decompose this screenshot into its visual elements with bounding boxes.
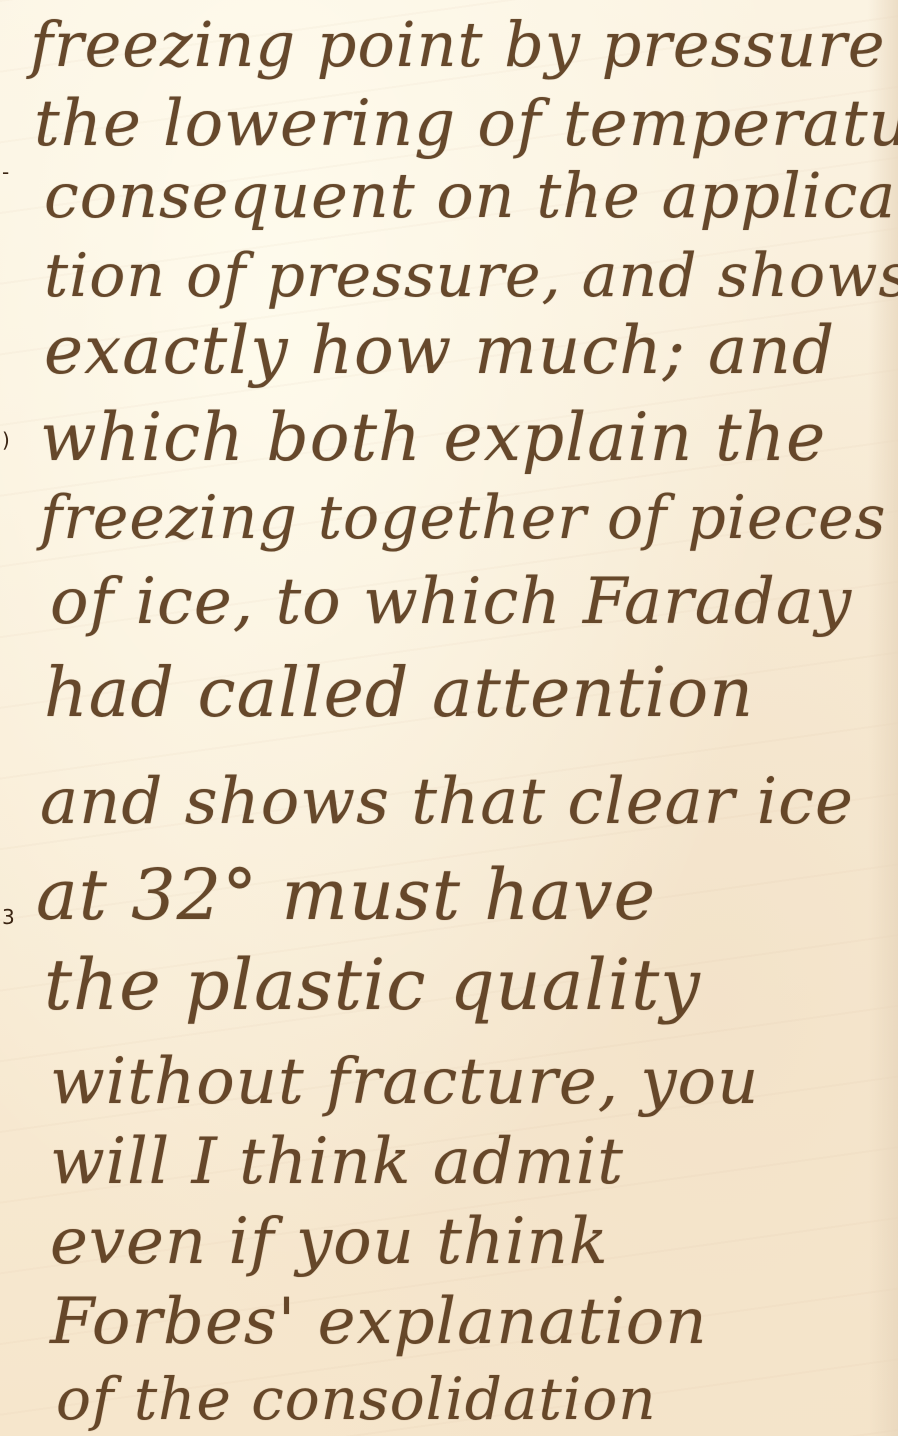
manuscript-line: of ice, to which Faraday (50, 570, 852, 634)
margin-mark: ) (2, 428, 10, 452)
manuscript-line: freezing together of pieces (40, 488, 886, 548)
manuscript-line: had called attention (44, 660, 754, 728)
manuscript-page: - ) 3 freezing point by pressure and the… (0, 0, 898, 1436)
margin-mark: 3 (2, 905, 15, 929)
manuscript-line: consequent on the applica- (44, 165, 898, 227)
manuscript-line: freezing point by pressure and (30, 14, 898, 76)
manuscript-line: at 32° must have (36, 860, 656, 930)
manuscript-line: will I think admit (50, 1130, 624, 1194)
manuscript-line: without fracture, you (50, 1050, 759, 1114)
manuscript-line: which both explain the (40, 405, 826, 471)
manuscript-line: of the consolidation (56, 1370, 657, 1428)
manuscript-line: exactly how much; and (44, 318, 835, 384)
manuscript-line: the plastic quality (44, 950, 701, 1020)
manuscript-line: even if you think (50, 1210, 609, 1274)
manuscript-line: the lowering of temperature (34, 92, 898, 156)
manuscript-line: Forbes' explanation (50, 1290, 708, 1354)
margin-mark: - (2, 160, 9, 184)
manuscript-line: tion of pressure, and shows (44, 246, 898, 306)
manuscript-line: and shows that clear ice (40, 770, 854, 834)
